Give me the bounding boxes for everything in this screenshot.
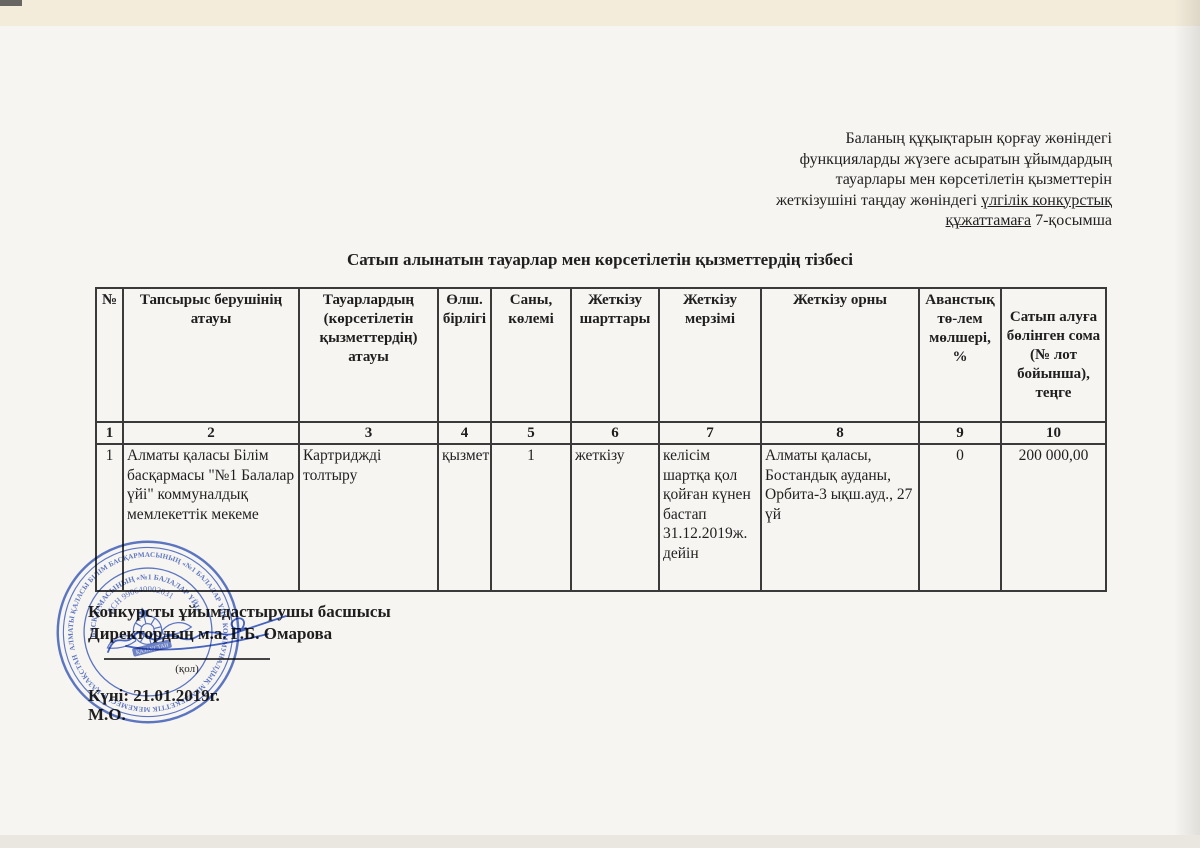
header-cell: Саны, көлемі [491,288,571,422]
note-underlined-text: үлгілік конкурстық [981,192,1112,209]
scan-right-shadow [1174,0,1200,848]
appendix-note-line: құжаттамаға 7-қосымша [600,211,1112,232]
data-cell-goods: Картриджді толтыру [299,444,438,591]
column-number-cell: 1 [96,422,123,444]
column-number-cell: 2 [123,422,299,444]
header-cell: Жеткізу мерзімі [659,288,761,422]
note-text: 7-қосымша [1031,212,1112,229]
header-cell: Жеткізу шарттары [571,288,659,422]
column-number-row: 1 2 3 4 5 6 7 8 9 10 [96,422,1106,444]
column-number-cell: 7 [659,422,761,444]
data-cell-delivery-place: Алматы қаласы, Бостандық ауданы, Орбита-… [761,444,919,591]
data-cell-delivery-terms: жеткізу [571,444,659,591]
stamp-ring-text: АЛМАТЫ ҚАЛАСЫ БІЛІМ БАСҚАРМАСЫНЫҢ «№1 БА… [50,533,247,730]
scanned-document-page: Баланың құқықтарын қорғау жөніндегі функ… [0,0,1200,848]
note-text: функцияларды жүзеге асыратын ұйымдардың [800,151,1112,168]
appendix-note-line: функцияларды жүзеге асыратын ұйымдардың [600,150,1112,171]
column-number-cell: 4 [438,422,491,444]
column-number-cell: 8 [761,422,919,444]
data-cell-quantity: 1 [491,444,571,591]
data-cell-unit: қызмет [438,444,491,591]
data-cell-amount: 200 000,00 [1001,444,1106,591]
data-cell-advance: 0 [919,444,1001,591]
header-cell: Тапсырыс берушінің атауы [123,288,299,422]
header-cell: Өлш. бірлігі [438,288,491,422]
header-cell: № [96,288,123,422]
header-cell: Жеткізу орны [761,288,919,422]
header-cell: Аванстық тө-лем мөлшері, % [919,288,1001,422]
appendix-note: Баланың құқықтарын қорғау жөніндегі функ… [600,129,1112,232]
column-number-cell: 6 [571,422,659,444]
scan-bottom-band [0,835,1200,848]
table-row: 1 Алматы қаласы Білім басқармасы "№1 Бал… [96,444,1106,591]
note-underlined-text: құжаттамаға [946,212,1032,229]
appendix-note-line: тауарлары мен көрсетілетін қызметтерін [600,170,1112,191]
note-text: жеткізушіні таңдау жөніндегі [776,192,981,209]
note-text: Баланың құқықтарын қорғау жөніндегі [845,130,1112,147]
appendix-note-line: жеткізушіні таңдау жөніндегі үлгілік кон… [600,191,1112,212]
scan-top-band [0,0,1200,26]
column-number-cell: 9 [919,422,1001,444]
column-number-cell: 10 [1001,422,1106,444]
procurement-table: № Тапсырыс берушінің атауы Тауарлардың (… [95,287,1107,592]
data-cell-delivery-period: келісім шартқа қол қойған күнен бастап 3… [659,444,761,591]
appendix-note-line: Баланың құқықтарын қорғау жөніндегі [600,129,1112,150]
stamp-outer-inner-circle [45,529,250,734]
note-text: тауарлары мен көрсетілетін қызметтерін [836,171,1112,188]
column-number-cell: 5 [491,422,571,444]
table-header-row: № Тапсырыс берушінің атауы Тауарлардың (… [96,288,1106,422]
page-title: Сатып алынатын тауарлар мен көрсетілетін… [95,250,1105,270]
procurement-table-wrapper: № Тапсырыс берушінің атауы Тауарлардың (… [95,287,1107,592]
header-cell: Тауарлардың (көрсетілетін қызметтердің) … [299,288,438,422]
scan-corner-mark [0,0,22,6]
column-number-cell: 3 [299,422,438,444]
header-cell: Сатып алуға бөлінген сома (№ лот бойынша… [1001,288,1106,422]
